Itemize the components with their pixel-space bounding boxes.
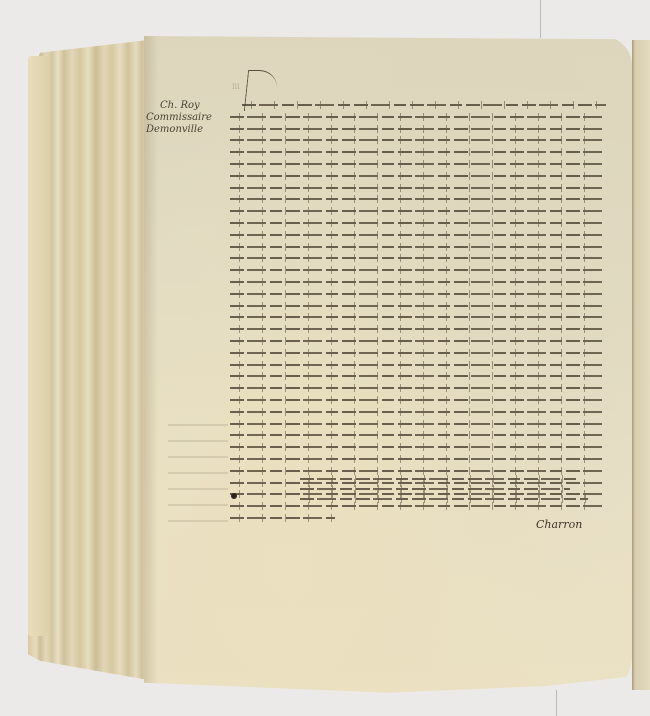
text-line xyxy=(230,269,606,271)
text-line xyxy=(230,210,606,212)
text-line xyxy=(230,175,606,177)
text-line xyxy=(230,375,606,377)
text-line xyxy=(230,116,606,118)
text-line xyxy=(230,187,606,189)
main-text-block: Dense cursive chancery-hand text block w… xyxy=(230,104,606,529)
closing-formula: Indented three-line closing formula xyxy=(300,478,600,508)
backdrop-line-bottom xyxy=(556,690,557,716)
margin-note-line1: Ch. Roy xyxy=(146,100,212,112)
text-line xyxy=(230,399,606,401)
image-subject: Photograph of an open bound manuscript v… xyxy=(0,0,1,1)
closing-line xyxy=(300,488,570,490)
text-line xyxy=(230,411,606,413)
facing-page-edge xyxy=(632,40,650,690)
faded-marginalia xyxy=(168,410,228,530)
text-line xyxy=(230,234,606,236)
text-line xyxy=(230,423,606,425)
text-line xyxy=(242,104,606,106)
text-line xyxy=(230,387,606,389)
text-line xyxy=(230,316,606,318)
text-line xyxy=(230,198,606,200)
text-line xyxy=(230,434,606,436)
text-line xyxy=(230,446,606,448)
page-stack-front-edge xyxy=(28,56,50,636)
margin-note-line3: Demonville xyxy=(146,124,212,136)
text-line xyxy=(230,364,606,366)
text-line xyxy=(230,305,606,307)
text-line xyxy=(230,293,606,295)
signature: Charron xyxy=(536,518,582,531)
text-line xyxy=(230,139,606,141)
text-line xyxy=(230,128,606,130)
text-line xyxy=(230,222,606,224)
backdrop-line-top xyxy=(540,0,541,38)
closing-line xyxy=(300,498,588,500)
text-line xyxy=(230,246,606,248)
text-line xyxy=(230,257,606,259)
closing-line xyxy=(300,478,576,480)
text-line xyxy=(230,151,606,153)
text-line xyxy=(230,340,606,342)
margin-note-line2: Commissaire xyxy=(146,112,212,124)
folio-mark: iii xyxy=(232,82,240,91)
text-line-last xyxy=(230,517,335,519)
text-line xyxy=(230,352,606,354)
text-line xyxy=(230,458,606,460)
text-line xyxy=(230,470,606,472)
text-line xyxy=(230,281,606,283)
text-line xyxy=(230,163,606,165)
margin-note: Ch. Roy Commissaire Demonville xyxy=(146,100,212,136)
ink-blot xyxy=(231,493,237,499)
text-line xyxy=(230,328,606,330)
